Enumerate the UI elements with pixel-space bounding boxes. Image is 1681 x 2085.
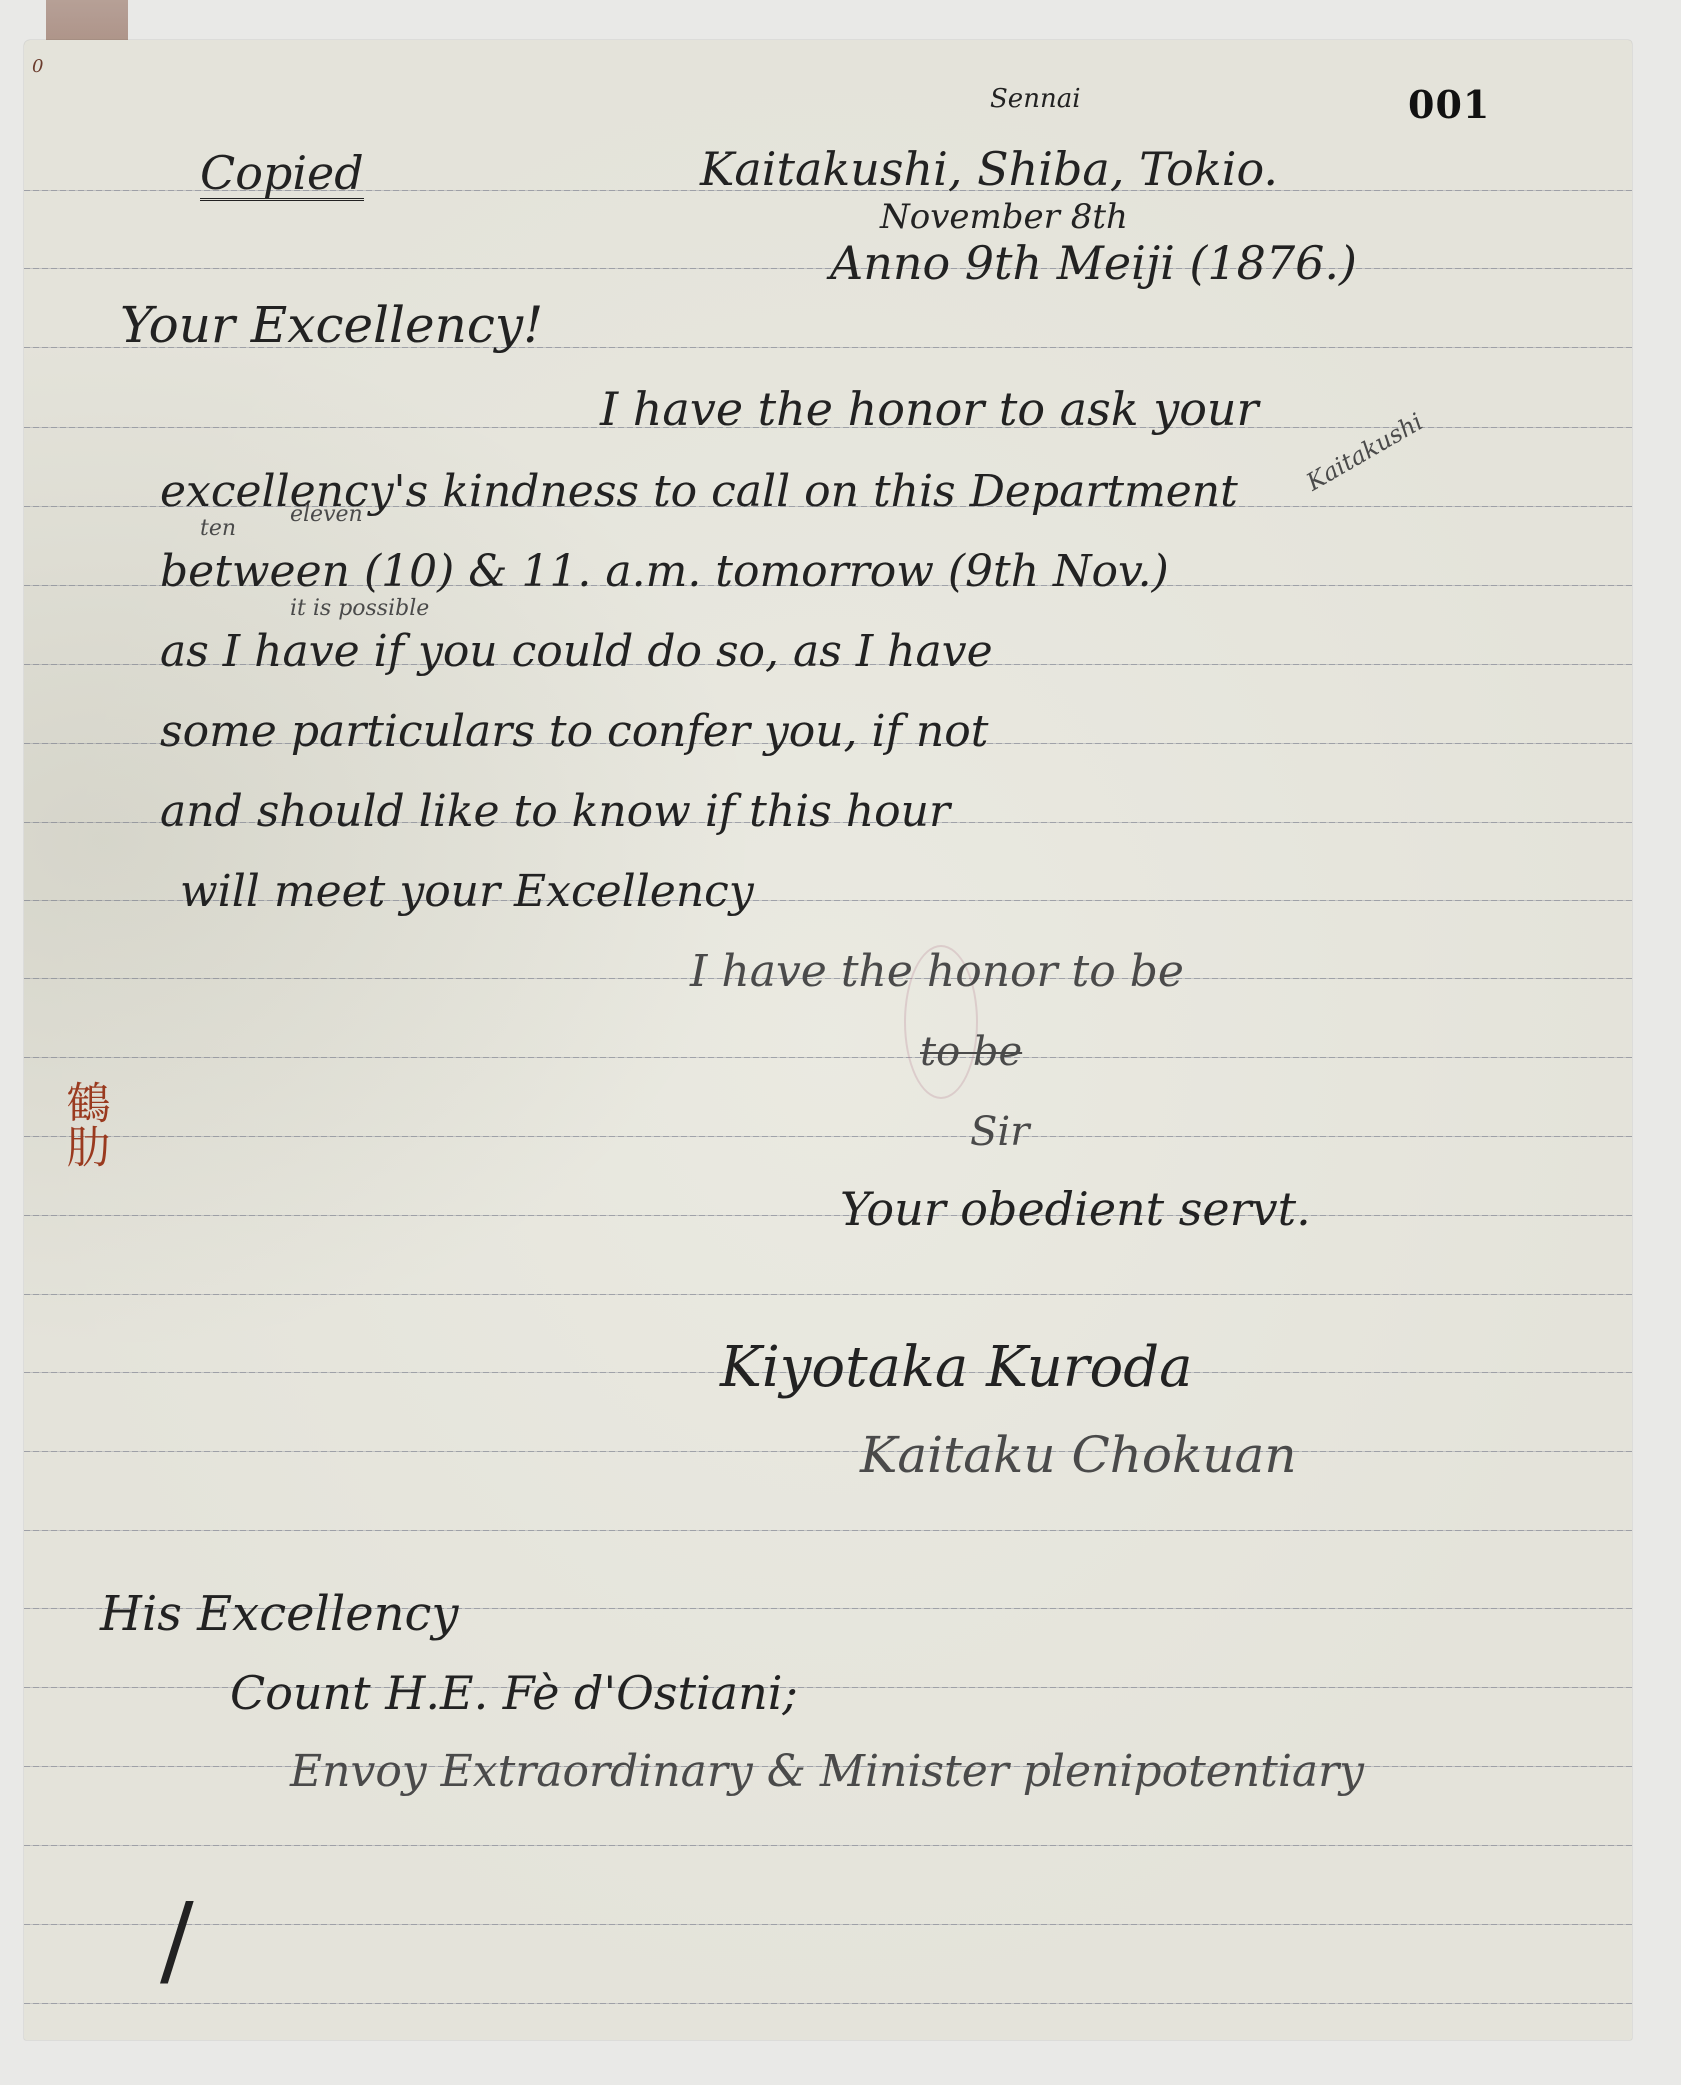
closing-struck-to-be: to be <box>920 1032 1022 1072</box>
date-line-1: November 8th <box>880 200 1128 234</box>
body-line-5: some particulars to confer you, if not <box>160 710 988 754</box>
address-line: Kaitakushi, Shiba, Tokio. <box>700 146 1278 192</box>
page-number: 001 <box>1408 82 1490 127</box>
salutation: Your Excellency! <box>120 300 543 350</box>
copied-note: Copied <box>200 150 364 201</box>
closing-obedient: Your obedient servt. <box>840 1186 1311 1232</box>
body-line-1: I have the honor to ask your <box>600 386 1259 432</box>
insert-eleven: eleven <box>290 504 363 526</box>
body-line-6: and should like to know if this hour <box>160 790 950 834</box>
body-line-4: as I have if you could do so, as I have <box>160 630 993 674</box>
insert-if-possible: it is possible <box>290 598 429 620</box>
ruled-line <box>24 1057 1632 1058</box>
signature-title: Kaitaku Chokuan <box>860 1430 1297 1480</box>
signature-name: Kiyotaka Kuroda <box>720 1340 1193 1396</box>
closing-line-1: I have the honor to be <box>690 950 1184 994</box>
address-insert: Sennai <box>990 86 1081 112</box>
ruled-line <box>24 1530 1632 1531</box>
recipient-line-1: His Excellency <box>100 1590 459 1638</box>
ruled-line <box>24 268 1632 269</box>
footer-stroke: / <box>160 1890 194 1990</box>
ruled-line <box>24 1924 1632 1925</box>
insert-ten: ten <box>200 518 236 540</box>
recipient-line-3: Envoy Extraordinary & Minister plenipote… <box>290 1750 1364 1794</box>
ruled-line <box>24 1215 1632 1216</box>
ruled-line <box>24 1294 1632 1295</box>
margin-kanji-note: 鶴肋 <box>58 1080 109 1168</box>
closing-sir: Sir <box>970 1112 1029 1152</box>
ruled-line <box>24 1451 1632 1452</box>
corner-mark: 0 <box>32 56 43 77</box>
ruled-line <box>24 1136 1632 1137</box>
body-line-3: between (10) & 11. a.m. tomorrow (9th No… <box>160 550 1169 594</box>
recipient-line-2: Count H.E. Fè d'Ostiani; <box>230 1670 798 1716</box>
ruled-line <box>24 1845 1632 1846</box>
ruled-line <box>24 2003 1632 2004</box>
body-line-7: will meet your Excellency <box>180 870 754 914</box>
date-line-2: Anno 9th Meiji (1876.) <box>830 240 1357 286</box>
